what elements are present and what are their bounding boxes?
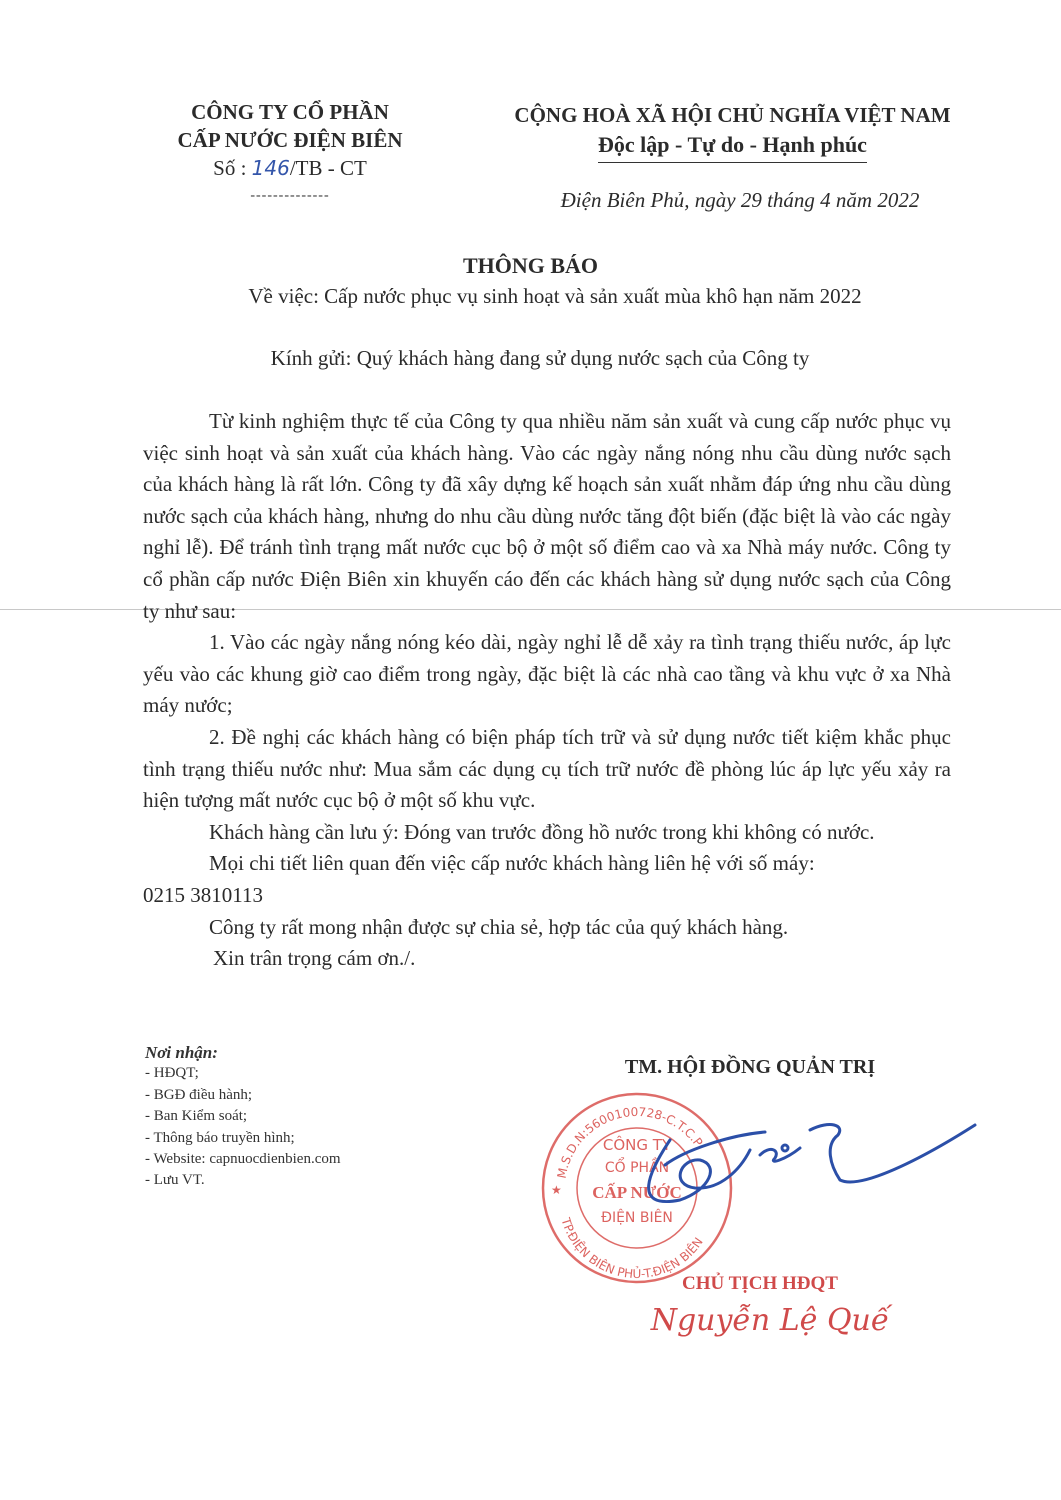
intro-paragraph: Từ kinh nghiệm thực tế của Công ty qua n… xyxy=(143,406,951,627)
recipient-item: - Lưu VT. xyxy=(145,1170,341,1191)
company-name-line2: CẤP NƯỚC ĐIỆN BIÊN xyxy=(130,126,450,154)
recipient-item: - Thông báo truyền hình; xyxy=(145,1128,341,1149)
addressee: Kính gửi: Quý khách hàng đang sử dụng nư… xyxy=(0,346,1061,371)
recipients: Nơi nhận: - HĐQT; - BGĐ điều hành; - Ban… xyxy=(145,1042,341,1192)
document-title: THÔNG BÁO xyxy=(0,253,1061,279)
signatory-name: Nguyễn Lệ Quế xyxy=(650,1303,890,1338)
closing-paragraph: Công ty rất mong nhận được sự chia sẻ, h… xyxy=(143,912,951,944)
recipients-heading: Nơi nhận: xyxy=(145,1042,341,1063)
country-name: CỘNG HOÀ XÃ HỘI CHỦ NGHĨA VIỆT NAM xyxy=(475,100,990,130)
signatory-title: TM. HỘI ĐỒNG QUẢN TRỊ xyxy=(540,1056,960,1079)
handwritten-number: 146 xyxy=(252,156,290,180)
svg-text:★: ★ xyxy=(551,1183,562,1197)
document-number: Số : 146/TB - CT xyxy=(130,154,450,182)
recipient-item: - Ban Kiểm soát; xyxy=(145,1106,341,1127)
recipient-item: - BGĐ điều hành; xyxy=(145,1085,341,1106)
signatory-position: CHỦ TỊCH HĐQT xyxy=(640,1273,880,1295)
national-header: CỘNG HOÀ XÃ HỘI CHỦ NGHĨA VIỆT NAM Độc l… xyxy=(475,100,990,163)
separator: -------------- xyxy=(130,186,450,206)
document-subject: Về việc: Cấp nước phục vụ sinh hoạt và s… xyxy=(0,284,1061,309)
recipient-item: - Website: capnuocdienbien.com xyxy=(145,1149,341,1170)
item-2: 2. Đề nghị các khách hàng có biện pháp t… xyxy=(143,722,951,817)
document-date: Điện Biên Phủ, ngày 29 tháng 4 năm 2022 xyxy=(475,188,1005,213)
national-motto: Độc lập - Tự do - Hạnh phúc xyxy=(598,130,867,163)
contact-paragraph: Mọi chi tiết liên quan đến việc cấp nước… xyxy=(143,848,951,880)
company-header: CÔNG TY CỔ PHẦN CẤP NƯỚC ĐIỆN BIÊN Số : … xyxy=(130,98,450,206)
note-paragraph: Khách hàng cần lưu ý: Đóng van trước đồn… xyxy=(143,817,951,849)
document-body: Từ kinh nghiệm thực tế của Công ty qua n… xyxy=(143,406,951,975)
phone-number: 0215 3810113 xyxy=(143,880,951,912)
recipient-item: - HĐQT; xyxy=(145,1063,341,1084)
thanks-paragraph: Xin trân trọng cám ơn./. xyxy=(143,943,951,975)
item-1: 1. Vào các ngày nắng nóng kéo dài, ngày … xyxy=(143,627,951,722)
signature-scribble-icon xyxy=(640,1110,980,1220)
company-name-line1: CÔNG TY CỔ PHẦN xyxy=(130,98,450,126)
